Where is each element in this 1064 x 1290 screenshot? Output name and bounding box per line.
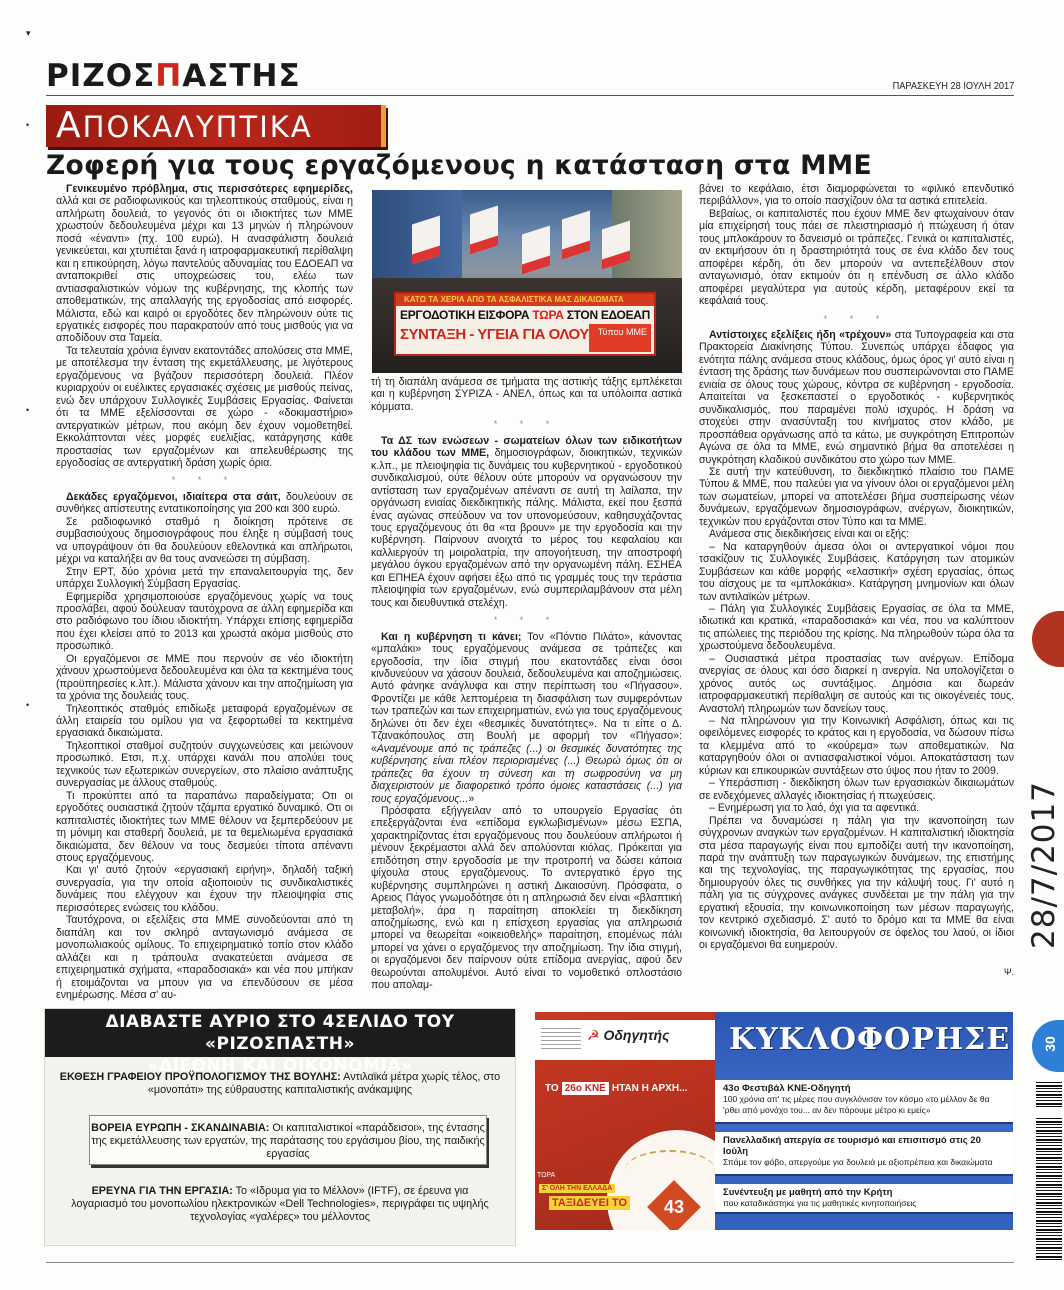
barcode-gap bbox=[1036, 1108, 1062, 1118]
section-divider: * * * bbox=[371, 614, 682, 626]
hammer-sickle-icon: Π bbox=[155, 58, 182, 94]
lead-in: Γενικευμένο πρόβλημα, στις περισσότερες … bbox=[66, 183, 353, 195]
text-lines-decoration bbox=[541, 1028, 581, 1052]
paragraph: Οι εργαζόμενοι σε ΜΜΕ που περνούν σε νέο… bbox=[56, 653, 353, 703]
paragraph: Πρέπει να δυναμώσει η πάλη για την ικανο… bbox=[699, 815, 1014, 952]
lead-in: Και η κυβέρνηση τι κάνει; bbox=[381, 631, 521, 643]
banner-text: ΣΥΝΤΑΞΗ - ΥΓΕΙΑ ΓΙΑ ΟΛΟΥΣ bbox=[400, 326, 597, 343]
masthead: ΡΙΖΟΣΠΑΣΤΗΣ ΠΑΡΑΣΚΕΥΗ 28 ΙΟΥΛΗ 2017 bbox=[46, 58, 1014, 96]
section-label-rest: ΠΟΚΑΛΥΠΤΙΚΑ bbox=[83, 110, 313, 144]
paragraph: Τηλεοπτικοί σταθμοί συζητούν συγχωνεύσει… bbox=[56, 740, 353, 790]
logo-part: ΡΙΖΟΣ bbox=[46, 58, 155, 94]
date-stamp-text: 28/7/2017 bbox=[1026, 781, 1062, 949]
cover-text: ΤΑΞΙΔΕΥΕΙ ΤΟ bbox=[549, 1196, 630, 1210]
paragraph: Εφημερίδα χρησιμοποιούσε εργαζόμενους χω… bbox=[56, 591, 353, 653]
paragraph: βάνει το κεφάλαιο, έτσι διαμορφώνεται το… bbox=[699, 183, 1014, 208]
vertical-date-stamp: 28/7/2017 bbox=[1024, 795, 1064, 935]
flag-icon bbox=[522, 225, 550, 274]
magazine-release-ad: ΚΥΚΛΟΦΟΡΗΣΕ 43ο Φεστιβάλ ΚΝΕ-Οδηγητή100 … bbox=[715, 1012, 1013, 1230]
promo-header: ΔΙΑΒΑΣΤΕ ΑΥΡΙΟ ΣΤΟ 4ΣΕΛΙΔΟ ΤΟΥ «ΡΙΖΟΣΠΑΣ… bbox=[45, 1009, 515, 1057]
ad-story-title: Συνέντευξη με μαθητή από την Κρήτη bbox=[723, 1187, 892, 1198]
cover-text: Σ' ΟΛΗ ΤΗΝ ΕΛΛΑΔΑ bbox=[539, 1184, 615, 1193]
demand-item: – Υπεράσπιση - διεκδίκηση όλων των εργασ… bbox=[699, 777, 1014, 802]
ad-story-title: Πανελλαδική απεργία σε τουρισμό και επισ… bbox=[723, 1135, 981, 1157]
ad-story-text: Σπάμε τον φόβο, απεργούμε για δουλειά με… bbox=[723, 1157, 993, 1167]
festival-number: 43 bbox=[664, 1188, 684, 1226]
logo-part: ΑΣΤΗΣ bbox=[182, 58, 300, 94]
promo-item-lead: ΒΟΡΕΙΑ ΕΥΡΩΠΗ - ΣΚΑΝΔΙΝΑΒΙΑ: bbox=[91, 1122, 269, 1134]
paragraph: Και γι' αυτό ζητούν «εργασιακή ειρήνη», … bbox=[56, 864, 353, 914]
section-label-initial: Α bbox=[56, 105, 83, 146]
map-circle: 43 bbox=[607, 1130, 715, 1230]
paragraph: Τι προκύπτει από τα παραπάνω παραδείγματ… bbox=[56, 790, 353, 865]
paragraph: Ανάμεσα στις διεκδικήσεις είναι και οι ε… bbox=[699, 528, 1014, 540]
banner-text-part: ΤΩΡΑ bbox=[532, 308, 563, 322]
section-tab-marker bbox=[1032, 611, 1064, 667]
section-divider: * * * bbox=[699, 313, 1014, 325]
banner-text-part: ΕΡΓΟΔΟΤΙΚΗ ΕΙΣΦΟΡΑ bbox=[400, 308, 532, 322]
promo-item-lead: ΕΚΘΕΣΗ ΓΡΑΦΕΙΟΥ ΠΡΟΫΠΟΛΟΓΙΣΜΟΥ ΤΗΣ ΒΟΥΛΗ… bbox=[60, 1071, 341, 1083]
paragraph: Πρόσφατα εξήγγειλαν από το υπουργείο Εργ… bbox=[371, 805, 682, 992]
protest-photo: ΚΑΤΩ ΤΑ ΧΕΡΙΑ ΑΠΟ ΤΑ ΑΣΦΑΛΙΣΤΙΚΑ ΜΑΣ ΔΙΚ… bbox=[372, 190, 682, 373]
section-divider: * * * bbox=[371, 418, 682, 430]
article-headline: Ζοφερή για τους εργαζόμενους η κατάσταση… bbox=[46, 150, 872, 182]
promo-item: ΕΚΘΕΣΗ ΓΡΑΦΕΙΟΥ ΠΡΟΫΠΟΛΟΓΙΣΜΟΥ ΤΗΣ ΒΟΥΛΗ… bbox=[45, 1071, 515, 1097]
page-number-badge: 30 bbox=[1032, 1020, 1064, 1072]
paragraph: Τον «Πόντιο Πιλάτο», κάνοντας «μπαλάκι» … bbox=[371, 631, 682, 755]
cover-text: ΗΤΑΝ Η ΑΡΧΗ... bbox=[612, 1083, 688, 1094]
ad-story: Συνέντευξη με μαθητή από την Κρήτηπου κα… bbox=[715, 1184, 1013, 1212]
promo-title: ΔΙΑΒΑΣΤΕ ΑΥΡΙΟ ΣΤΟ 4ΣΕΛΙΔΟ ΤΟΥ «ΡΙΖΟΣΠΑΣ… bbox=[45, 1011, 515, 1055]
paragraph: Σε ραδιοφωνικό σταθμό η διοίκηση πρότειν… bbox=[56, 516, 353, 566]
magazine-logo: ☭ Οδηγητής bbox=[587, 1027, 670, 1044]
article-column-1: Γενικευμένο πρόβλημα, στις περισσότερες … bbox=[56, 183, 353, 1001]
magazine-name: Οδηγητής bbox=[603, 1027, 669, 1043]
paragraph: Βεβαίως, οι καπιταλιστές που έχουν ΜΜΕ δ… bbox=[699, 208, 1014, 308]
magazine-header: ☭ Οδηγητής bbox=[535, 1020, 715, 1060]
promo-highlight-box: ΒΟΡΕΙΑ ΕΥΡΩΠΗ - ΣΚΑΝΔΙΝΑΒΙΑ: Οι καπιταλι… bbox=[89, 1115, 487, 1165]
banner-text: ΚΑΤΩ ΤΑ ΧΕΡΙΑ ΑΠΟ ΤΑ ΑΣΦΑΛΙΣΤΙΚΑ ΜΑΣ ΔΙΚ… bbox=[396, 294, 654, 306]
paragraph: Τηλεοπτικός σταθμός επιδίωξε μεταφορά ερ… bbox=[56, 703, 353, 740]
promo-item-lead: ΕΡΕΥΝΑ ΓΙΑ ΤΗΝ ΕΡΓΑΣΙΑ: bbox=[92, 1185, 233, 1197]
newspaper-logo: ΡΙΖΟΣΠΑΣΤΗΣ bbox=[46, 58, 301, 94]
article-column-3: βάνει το κεφάλαιο, έτσι διαμορφώνεται το… bbox=[699, 183, 1014, 978]
section-divider: * * * bbox=[56, 474, 353, 486]
banner-text-part: ΣΤΟΝ ΕΔΟΕΑΠ bbox=[564, 308, 650, 322]
promo-item: ΕΡΕΥΝΑ ΓΙΑ ΤΗΝ ΕΡΓΑΣΙΑ: Το «Ιδρυμα για τ… bbox=[45, 1185, 515, 1224]
cover-text: ΤΟ bbox=[545, 1083, 559, 1094]
festival-badge: 26ο ΚΝΕ bbox=[562, 1082, 609, 1095]
ad-story-text: που καταδικάστηκε για τις μαθητικές κινη… bbox=[723, 1198, 916, 1208]
margin-mark: • bbox=[26, 405, 29, 415]
ad-story: Πανελλαδική απεργία σε τουρισμό και επισ… bbox=[715, 1132, 1013, 1174]
margin-mark: ▾ bbox=[26, 28, 31, 39]
paragraph: αλλά και σε ραδιοφωνικούς και τηλεοπτικο… bbox=[56, 195, 353, 344]
section-label: ΑΠΟΚΑΛΥΠΤΙΚΑ bbox=[56, 107, 313, 146]
protest-banner: ΚΑΤΩ ΤΑ ΧΕΡΙΑ ΑΠΟ ΤΑ ΑΣΦΑΛΙΣΤΙΚΑ ΜΑΣ ΔΙΚ… bbox=[394, 292, 656, 356]
flag-icon bbox=[562, 210, 590, 259]
article-column-2: τή τη διαπάλη ανάμεσα σε τμήματα της αστ… bbox=[371, 376, 682, 992]
quote: Αναμένουμε από τις τράπεζες (...) οι θεσ… bbox=[371, 743, 682, 805]
paragraph: Στην ΕΡΤ, δύο χρόνια μετά την επαναλειτο… bbox=[56, 566, 353, 591]
issue-date: ΠΑΡΑΣΚΕΥΗ 28 ΙΟΥΛΗ 2017 bbox=[892, 80, 1014, 92]
margin-mark: • bbox=[26, 700, 29, 710]
demand-item: – Πάλη για Συλλογικές Συμβάσεις Εργασίας… bbox=[699, 603, 1014, 653]
ad-title: ΚΥΚΛΟΦΟΡΗΣΕ bbox=[729, 1022, 1010, 1057]
hammer-sickle-icon: ☭ bbox=[587, 1027, 600, 1043]
paragraph: Σε αυτή την κατεύθυνση, το διεκδικητικό … bbox=[699, 466, 1014, 528]
ad-story-text: 100 χρόνια απ' τις μέρες που συγκλόνισαν… bbox=[723, 1094, 990, 1115]
margin-mark: • bbox=[26, 120, 29, 130]
magazine-cover-ad: ☭ Οδηγητής ΤΟ26ο ΚΝΕΗΤΑΝ Η ΑΡΧΗ... 43 ΤΩ… bbox=[535, 1012, 715, 1230]
lead-in: Αντίστοιχες εξελίξεις ήδη «τρέχουν» bbox=[709, 329, 891, 341]
demand-item: – Ενημέρωση για το λαό, όχι για τα αφεντ… bbox=[699, 802, 1014, 814]
paragraph: Τα τελευταία χρόνια έγιναν εκατοντάδες α… bbox=[56, 345, 353, 470]
lead-in: Δεκάδες εργαζόμενοι, ιδιαίτερα στα σάιτ, bbox=[66, 491, 281, 503]
promo-item: ΒΟΡΕΙΑ ΕΥΡΩΠΗ - ΣΚΑΝΔΙΝΑΒΙΑ: Οι καπιταλι… bbox=[90, 1122, 486, 1161]
paragraph: δημοσιογράφων, διοικητικών, τεχνικών κ.λ… bbox=[371, 447, 682, 608]
demand-item: – Ουσιαστικά μέτρα προστασίας των ανέργω… bbox=[699, 653, 1014, 715]
paragraph: στα Τυπογραφεία και στα Πρακτορεία Διακί… bbox=[699, 329, 1014, 466]
page-bottom-rule bbox=[46, 1262, 1014, 1263]
cover-text: ΤΩΡΑ bbox=[537, 1172, 555, 1179]
page-number: 30 bbox=[1042, 1036, 1058, 1052]
cover-line: ΤΟ26ο ΚΝΕΗΤΑΝ Η ΑΡΧΗ... bbox=[545, 1082, 687, 1095]
section-banner: ΑΠΟΚΑΛΥΠΤΙΚΑ bbox=[46, 105, 386, 147]
ad-story-title: 43ο Φεστιβάλ ΚΝΕ-Οδηγητή bbox=[723, 1083, 851, 1094]
author-signature: Ψ. bbox=[699, 966, 1014, 978]
pame-logo: Τύπου ΜΜΕ bbox=[589, 324, 651, 352]
demand-item: – Να καταργηθούν άμεσα όλοι οι αντεργατι… bbox=[699, 541, 1014, 603]
banner-text: ΕΡΓΟΔΟΤΙΚΗ ΕΙΣΦΟΡΑ ΤΩΡΑ ΣΤΟΝ ΕΔΟΕΑΠ bbox=[400, 308, 650, 322]
flag-icon bbox=[470, 205, 498, 254]
paragraph: Ταυτόχρονα, οι εξελίξεις στα ΜΜΕ συνοδεύ… bbox=[56, 914, 353, 1001]
quote-close: » bbox=[468, 793, 474, 805]
paragraph: τή τη διαπάλη ανάμεσα σε τμήματα της αστ… bbox=[371, 376, 682, 413]
ad-story: 43ο Φεστιβάλ ΚΝΕ-Οδηγητή100 χρόνια απ' τ… bbox=[715, 1080, 1013, 1122]
demand-item: – Να πληρώνουν για την Κοινωνική Ασφάλισ… bbox=[699, 715, 1014, 777]
tomorrow-promo-box: ΔΙΑΒΑΣΤΕ ΑΥΡΙΟ ΣΤΟ 4ΣΕΛΙΔΟ ΤΟΥ «ΡΙΖΟΣΠΑΣ… bbox=[44, 1008, 516, 1246]
